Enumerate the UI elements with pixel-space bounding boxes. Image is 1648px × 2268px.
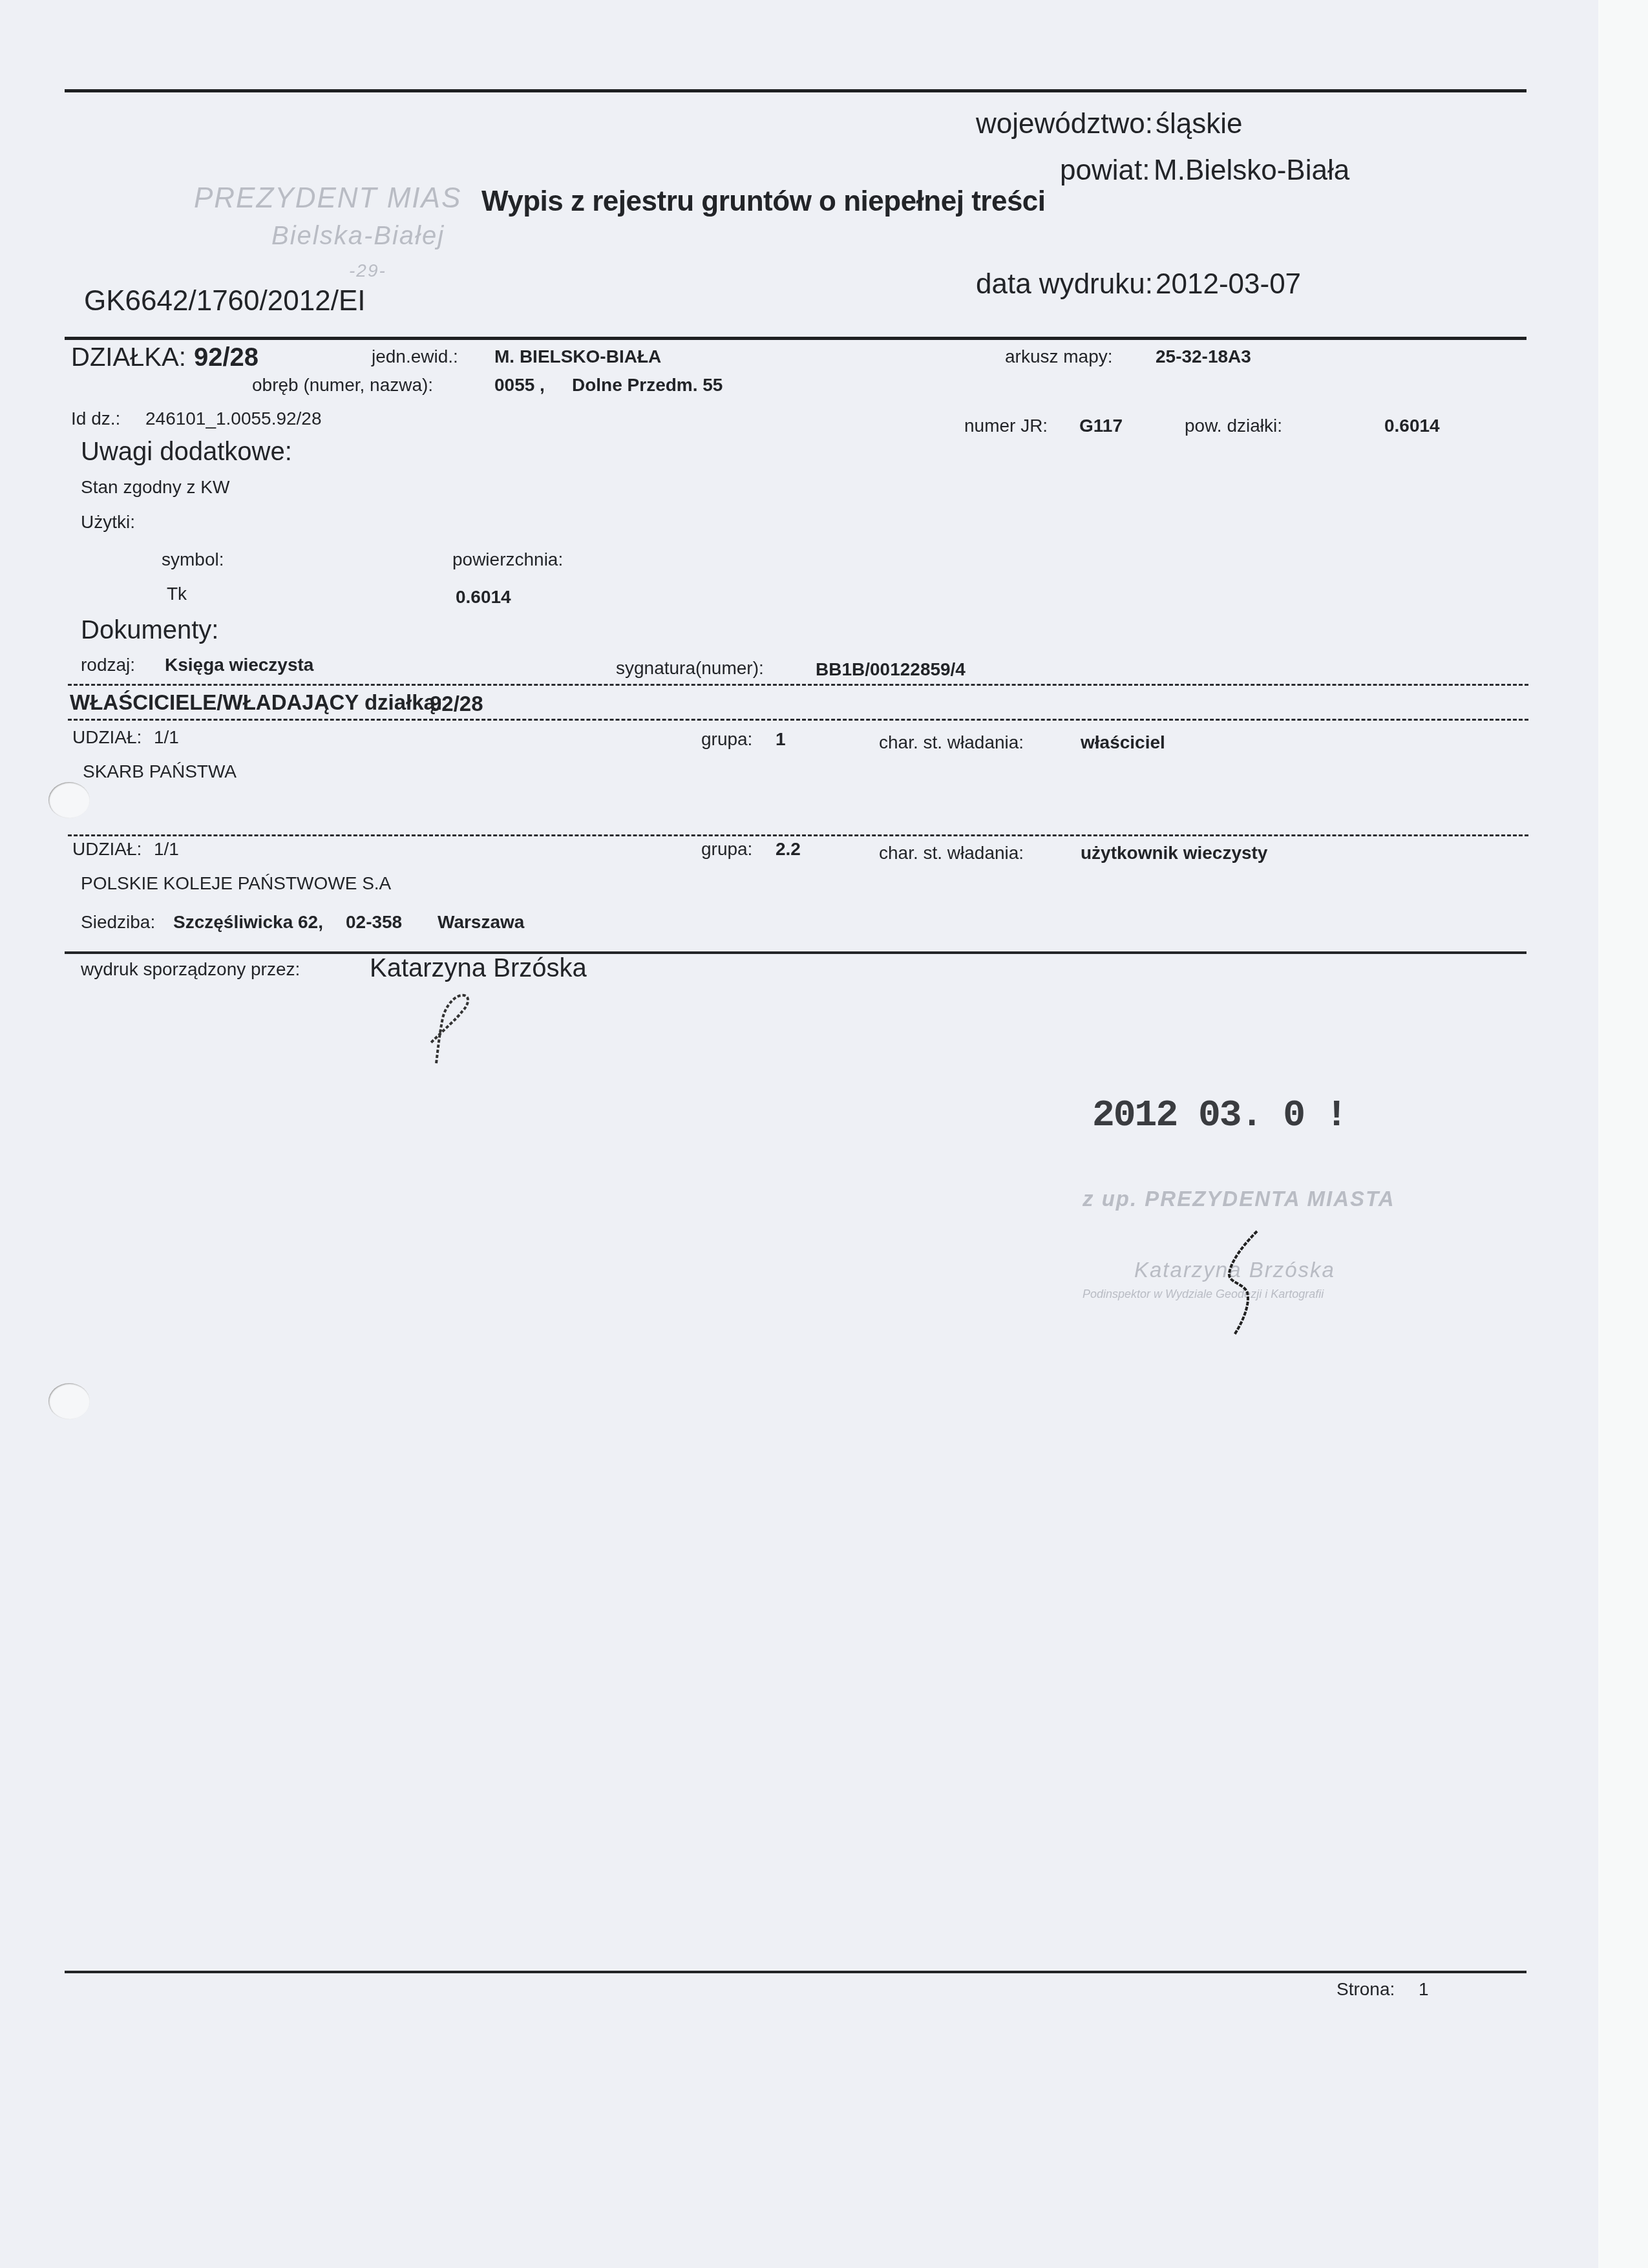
page-bottom-rule xyxy=(65,1971,1527,1973)
punch-hole xyxy=(48,1383,90,1419)
seat-address: Szczęśliwicka 62, xyxy=(173,913,323,931)
document-title: Wypis z rejestru gruntów o niepełnej tre… xyxy=(481,187,1046,216)
seat-postal: 02-358 xyxy=(346,913,402,931)
jr-number-value: G117 xyxy=(1079,417,1123,435)
documents-heading: Dokumenty: xyxy=(81,617,218,643)
owner-name: POLSKIE KOLEJE PAŃSTWOWE S.A xyxy=(81,874,391,893)
remarks-text: Stan zgodny z KW xyxy=(81,478,229,496)
precinct-label: obręb (numer, nazwa): xyxy=(252,376,433,394)
ownership-type-label: char. st. władania: xyxy=(879,734,1024,752)
ownership-type-value: użytkownik wieczysty xyxy=(1081,844,1267,862)
signature-icon xyxy=(1221,1228,1273,1338)
parcel-number: 92/28 xyxy=(194,344,259,370)
county-label: powiat: xyxy=(1060,156,1150,185)
owners-heading: WŁAŚCICIELE/WŁADAJĄCY działką: xyxy=(70,692,443,713)
punch-hole xyxy=(48,782,90,818)
map-sheet-value: 25-32-18A3 xyxy=(1156,348,1251,366)
registry-unit-label: jedn.ewid.: xyxy=(372,348,458,366)
document-type-label: rodzaj: xyxy=(81,656,135,674)
document-signature-label: sygnatura(numer): xyxy=(616,659,764,677)
precinct-name: Dolne Przedm. 55 xyxy=(572,376,723,394)
share-label: UDZIAŁ: xyxy=(72,728,142,747)
page-number-value: 1 xyxy=(1419,1980,1429,1998)
owner-name: SKARB PAŃSTWA xyxy=(83,763,237,781)
dashed-divider xyxy=(68,684,1528,686)
stamp-line-3: -29- xyxy=(349,262,386,280)
ownership-type-label: char. st. władania: xyxy=(879,844,1024,862)
group-value: 1 xyxy=(776,730,786,748)
official-stamp-line-3: Podinspektor w Wydziale Geodezji i Karto… xyxy=(1083,1288,1324,1300)
land-use-area: 0.6014 xyxy=(456,588,511,606)
print-date-value: 2012-03-07 xyxy=(1156,270,1301,299)
county-value: M.Bielsko-Biała xyxy=(1154,156,1349,185)
jr-number-label: numer JR: xyxy=(964,417,1048,435)
document-type-value: Księga wieczysta xyxy=(165,656,313,674)
stamp-line-1: PREZYDENT MIAS xyxy=(194,184,461,213)
parcel-top-rule xyxy=(65,337,1527,340)
dashed-divider xyxy=(68,834,1528,836)
parcel-area-value: 0.6014 xyxy=(1384,417,1440,435)
map-sheet-label: arkusz mapy: xyxy=(1005,348,1113,366)
group-label: grupa: xyxy=(701,840,752,858)
ownership-type-value: właściciel xyxy=(1081,734,1165,752)
scanner-page-edge xyxy=(1598,0,1648,2268)
share-label: UDZIAŁ: xyxy=(72,840,142,858)
land-use-col-symbol: symbol: xyxy=(162,551,224,569)
parcel-id-value: 246101_1.0055.92/28 xyxy=(145,410,322,428)
dashed-divider xyxy=(68,719,1528,721)
stamp-line-2: Bielska-Białej xyxy=(271,223,445,249)
date-stamp: 2012 03. 0 ! xyxy=(1092,1097,1347,1135)
print-date-label: data wydruku: xyxy=(976,270,1153,299)
parcel-label: DZIAŁKA: xyxy=(71,344,186,370)
official-stamp-line-1: z up. PREZYDENTA MIASTA xyxy=(1083,1188,1395,1209)
voivodeship-value: śląskie xyxy=(1156,110,1243,138)
document-signature-value: BB1B/00122859/4 xyxy=(816,661,966,679)
land-use-symbol: Tk xyxy=(167,585,187,603)
prepared-by-name: Katarzyna Brzóska xyxy=(370,955,587,981)
footer-divider-rule xyxy=(65,951,1527,954)
share-value: 1/1 xyxy=(154,728,179,747)
parcel-id-label: Id dz.: xyxy=(71,410,120,428)
precinct-number: 0055 , xyxy=(494,376,545,394)
land-use-heading: Użytki: xyxy=(81,513,135,531)
group-label: grupa: xyxy=(701,730,752,748)
owners-parcel: 92/28 xyxy=(430,693,483,714)
header-top-rule xyxy=(65,89,1527,92)
parcel-area-label: pow. działki: xyxy=(1185,417,1282,435)
seat-label: Siedziba: xyxy=(81,913,155,931)
reference-number: GK6642/1760/2012/EI xyxy=(84,287,365,315)
remarks-heading: Uwagi dodatkowe: xyxy=(81,439,292,465)
share-value: 1/1 xyxy=(154,840,179,858)
group-value: 2.2 xyxy=(776,840,801,858)
page-label: Strona: xyxy=(1336,1980,1395,1998)
land-use-col-area: powierzchnia: xyxy=(452,551,563,569)
registry-unit-value: M. BIELSKO-BIAŁA xyxy=(494,348,661,366)
seat-city: Warszawa xyxy=(438,913,524,931)
prepared-by-label: wydruk sporządzony przez: xyxy=(81,960,300,979)
handwritten-initial-icon xyxy=(420,989,478,1066)
voivodeship-label: województwo: xyxy=(976,110,1153,138)
